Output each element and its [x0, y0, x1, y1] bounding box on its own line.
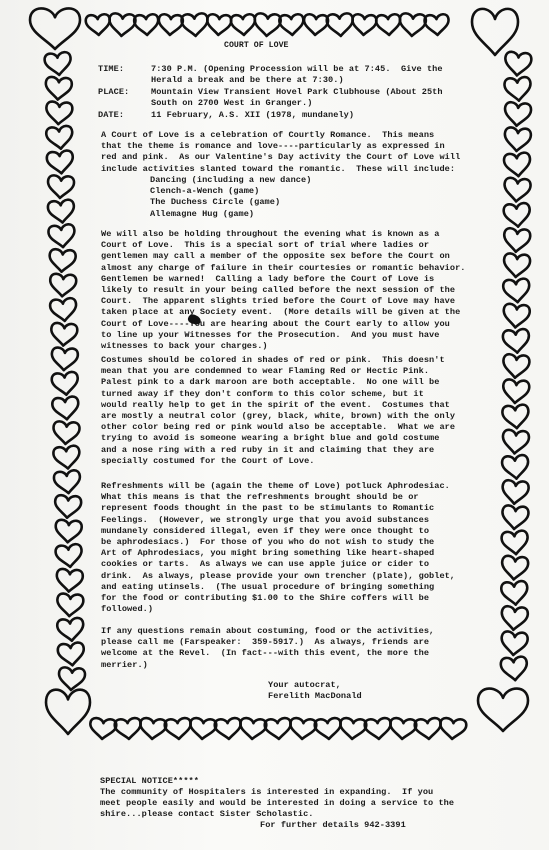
heart-icon [326, 13, 353, 37]
heart-icon [53, 470, 81, 495]
place-label: PLACE: [98, 87, 129, 98]
activities-list: Dancing (including a new dance) Clench-a… [150, 175, 311, 220]
intro-paragraph: A Court of Love is a celebration of Cour… [101, 130, 460, 175]
heart-icon [351, 14, 376, 36]
court-paragraph: We will also be holding throughout the e… [101, 229, 466, 352]
special-notice-contact: For further details 942-3391 [260, 820, 406, 831]
heart-icon [89, 718, 117, 740]
heart-icon [399, 13, 426, 37]
special-notice-body: The community of Hospitalers is interest… [100, 787, 454, 821]
heart-icon [500, 656, 528, 681]
heart-icon [46, 125, 74, 150]
heart-icon [501, 480, 529, 505]
special-notice-heading: SPECIAL NOTICE***** [100, 776, 199, 787]
heart-icon [503, 177, 531, 202]
heart-icon [503, 127, 531, 152]
heart-icon [57, 642, 85, 667]
heart-icon [314, 718, 342, 740]
heart-icon [504, 77, 532, 102]
time-label: TIME: [98, 64, 124, 75]
heart-icon [424, 14, 449, 36]
heart-icon [55, 519, 82, 543]
heart-icon [502, 354, 530, 379]
heart-icon [49, 249, 76, 273]
heart-icon [158, 14, 183, 36]
document-title: COURT OF LOVE [224, 40, 289, 51]
heart-icon [214, 718, 242, 740]
heart-icon [46, 690, 90, 734]
heart-icon [502, 455, 530, 480]
heart-icon [500, 606, 528, 631]
heart-icon [164, 718, 192, 740]
heart-icon [339, 718, 367, 740]
time-value-line-2: Herald a break and be there at 7:30.) [151, 75, 344, 86]
heart-icon [502, 404, 530, 429]
heart-icon [108, 13, 135, 37]
heart-icon [502, 379, 530, 404]
heart-icon [279, 14, 304, 36]
date-label: DATE: [98, 110, 124, 121]
heart-icon [500, 631, 528, 656]
heart-icon [51, 347, 78, 371]
heart-icon [54, 495, 81, 519]
heart-icon [206, 14, 231, 36]
heart-icon [254, 13, 281, 37]
heart-icon [503, 152, 531, 177]
heart-icon [414, 718, 442, 740]
signature-name: Ferelith MacDonald [268, 691, 362, 702]
heart-icon [439, 718, 467, 740]
place-value-line-1: Mountain View Transient Hovel Park Clubh… [151, 87, 443, 98]
heart-icon [501, 581, 529, 606]
heart-icon [504, 102, 532, 127]
heart-icon [58, 667, 85, 691]
heart-icon [52, 421, 79, 445]
heart-icon [189, 718, 217, 740]
heart-icon [501, 555, 529, 580]
heart-icon [139, 718, 167, 740]
signature-closing: Your autocrat, [268, 680, 341, 691]
heart-icon [502, 329, 530, 354]
heart-icon [56, 569, 83, 593]
heart-icon [478, 689, 528, 731]
heart-icon [503, 253, 531, 278]
refreshments-paragraph: Refreshments will be (again the theme of… [101, 481, 455, 615]
heart-icon [52, 396, 80, 421]
heart-icon [503, 278, 531, 303]
heart-icon [45, 101, 72, 125]
heart-icon [53, 445, 81, 470]
time-value-line-1: 7:30 P.M. (Opening Procession will be at… [151, 64, 443, 75]
heart-icon [57, 617, 85, 642]
heart-icon [30, 8, 80, 49]
heart-icon [51, 371, 79, 396]
heart-icon [44, 52, 72, 77]
heart-icon [85, 14, 110, 36]
place-value-line-2: South on 2700 West in Granger.) [151, 98, 312, 109]
heart-icon [303, 14, 328, 36]
heart-icon [48, 224, 76, 249]
heart-icon [47, 175, 74, 199]
heart-icon [45, 77, 72, 101]
heart-icon [50, 323, 77, 347]
heart-icon [503, 203, 531, 228]
heart-icon [264, 718, 292, 740]
questions-paragraph: If any questions remain about costuming,… [101, 626, 434, 671]
heart-icon [56, 593, 83, 617]
heart-icon [49, 273, 76, 297]
heart-icon [231, 14, 256, 36]
heart-icon [501, 505, 529, 530]
document-page: COURT OF LOVE TIME: 7:30 P.M. (Opening P… [0, 0, 549, 850]
heart-icon [504, 51, 532, 76]
heart-icon [55, 544, 83, 569]
heart-icon [472, 9, 518, 55]
heart-icon [289, 718, 317, 740]
heart-icon [364, 718, 392, 740]
heart-icon [181, 13, 208, 37]
heart-icon [47, 199, 75, 224]
heart-icon [134, 14, 159, 36]
heart-icon [114, 718, 142, 740]
heart-icon [503, 228, 531, 253]
heart-icon [502, 429, 530, 454]
heart-icon [239, 718, 267, 740]
heart-icon [50, 298, 78, 323]
heart-icon [376, 14, 401, 36]
heart-icon [502, 303, 530, 328]
heart-icon [389, 718, 417, 740]
heart-icon [46, 150, 74, 175]
date-value: 11 February, A.S. XII (1978, mundanely) [151, 110, 354, 121]
costume-paragraph: Costumes should be colored in shades of … [101, 355, 455, 467]
heart-icon [501, 530, 529, 555]
